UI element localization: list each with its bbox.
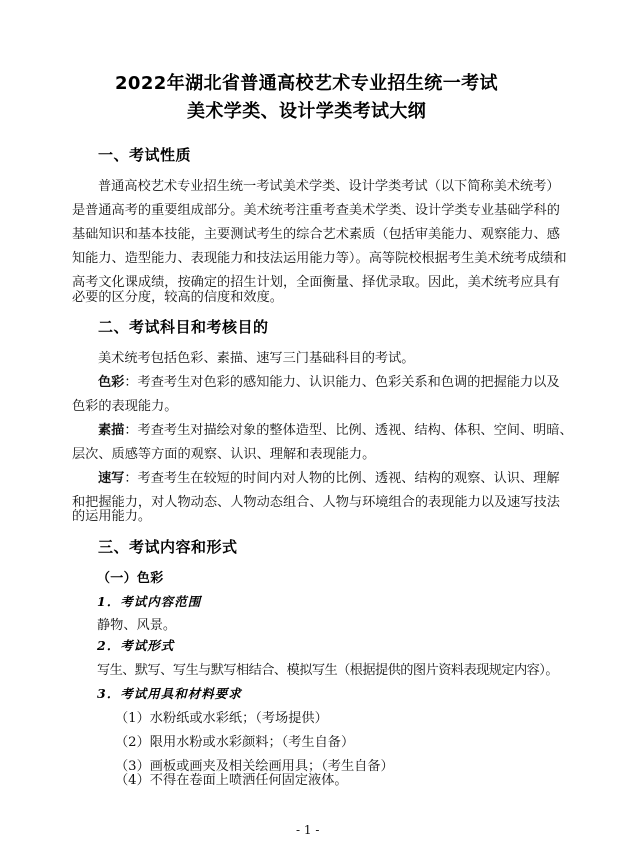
subjects-intro: 美术统考包括色彩、素描、速写三门基础科目的考试。	[98, 352, 415, 365]
subject-desc: ：考查考生对色彩的感知能力、认识能力、色彩关系和色调的把握能力以及	[124, 375, 559, 390]
section-heading-3: 三、考试内容和形式	[98, 540, 238, 555]
subject-sketch-line1: 素描：考查考生对描绘对象的整体造型、比例、透视、结构、体积、空间、明暗、	[98, 424, 573, 437]
subject-label: 速写	[98, 471, 124, 486]
subject-label: 素描	[98, 423, 124, 438]
section-heading-1: 一、考试性质	[98, 148, 191, 163]
section-heading-2: 二、考试科目和考核目的	[98, 320, 269, 335]
item-text-1: 静物、风景。	[97, 619, 176, 632]
paragraph-line: 是普通高考的重要组成部分。美术统考注重考查美术学类、设计学类专业基础学科的	[72, 204, 560, 217]
subject-quicksketch-line1: 速写：考查考生在较短的时间内对人物的比例、透视、结构的观察、认识、理解	[98, 472, 560, 485]
material-list-item: （4）不得在卷面上喷洒任何固定液体。	[115, 774, 348, 787]
item-heading-1: 1．考试内容范围	[97, 596, 201, 609]
subject-color-line1: 色彩：考查考生对色彩的感知能力、认识能力、色彩关系和色调的把握能力以及	[98, 376, 560, 389]
material-list-item: （3）画板或画夹及相关绘画用具；（考生自备）	[115, 760, 394, 773]
material-list-item: （1）水粉纸或水彩纸；（考场提供）	[115, 712, 328, 725]
paragraph-line: 高考文化课成绩，按确定的招生计划，全面衡量、择优录取。因此，美术统考应具有	[72, 276, 560, 289]
subject-quicksketch-line2: 和把握能力，对人物动态、人物动态组合、人物与环境组合的表现能力以及速写技法	[72, 496, 560, 509]
subject-label: 色彩	[98, 375, 124, 390]
item-text-2: 写生、默写、写生与默写相结合、模拟写生（根据提供的图片资料表现规定内容）。	[97, 664, 558, 677]
paragraph-line: 普通高校艺术专业招生统一考试美术学类、设计学类考试（以下简称美术统考）	[98, 180, 560, 193]
document-title-line2: 美术学类、设计学类考试大纲	[187, 103, 426, 121]
item-heading-3: 3．考试用具和材料要求	[97, 688, 242, 701]
subsection-heading-color: （一）色彩	[97, 572, 164, 585]
paragraph-line: 基础知识和基本技能，主要测试考生的综合艺术素质（包括审美能力、观察能力、感	[72, 228, 560, 241]
paragraph-line: 知能力、造型能力、表现能力和技法运用能力等）。高等院校根据考生美术统考成绩和	[72, 252, 567, 265]
subject-desc: ：考查考生在较短的时间内对人物的比例、透视、结构的观察、认识、理解	[124, 471, 559, 486]
subject-color-line2: 色彩的表现能力。	[72, 400, 178, 413]
subject-sketch-line2: 层次、质感等方面的观察、认识、理解和表现能力。	[72, 448, 375, 461]
subject-desc: ：考查考生对描绘对象的整体造型、比例、透视、结构、体积、空间、明暗、	[124, 423, 572, 438]
item-heading-2: 2．考试形式	[97, 640, 174, 653]
paragraph-line: 必要的区分度，较高的信度和效度。	[72, 291, 283, 304]
document-page: 2022年湖北省普通高校艺术专业招生统一考试 美术学类、设计学类考试大纲 一、考…	[0, 0, 623, 862]
document-title-line1: 2022年湖北省普通高校艺术专业招生统一考试	[115, 75, 498, 93]
page-number: - 1 -	[296, 824, 319, 836]
subject-quicksketch-line3: 的运用能力。	[72, 510, 151, 523]
material-list-item: （2）限用水粉或水彩颜料；（考生自备）	[115, 736, 354, 749]
